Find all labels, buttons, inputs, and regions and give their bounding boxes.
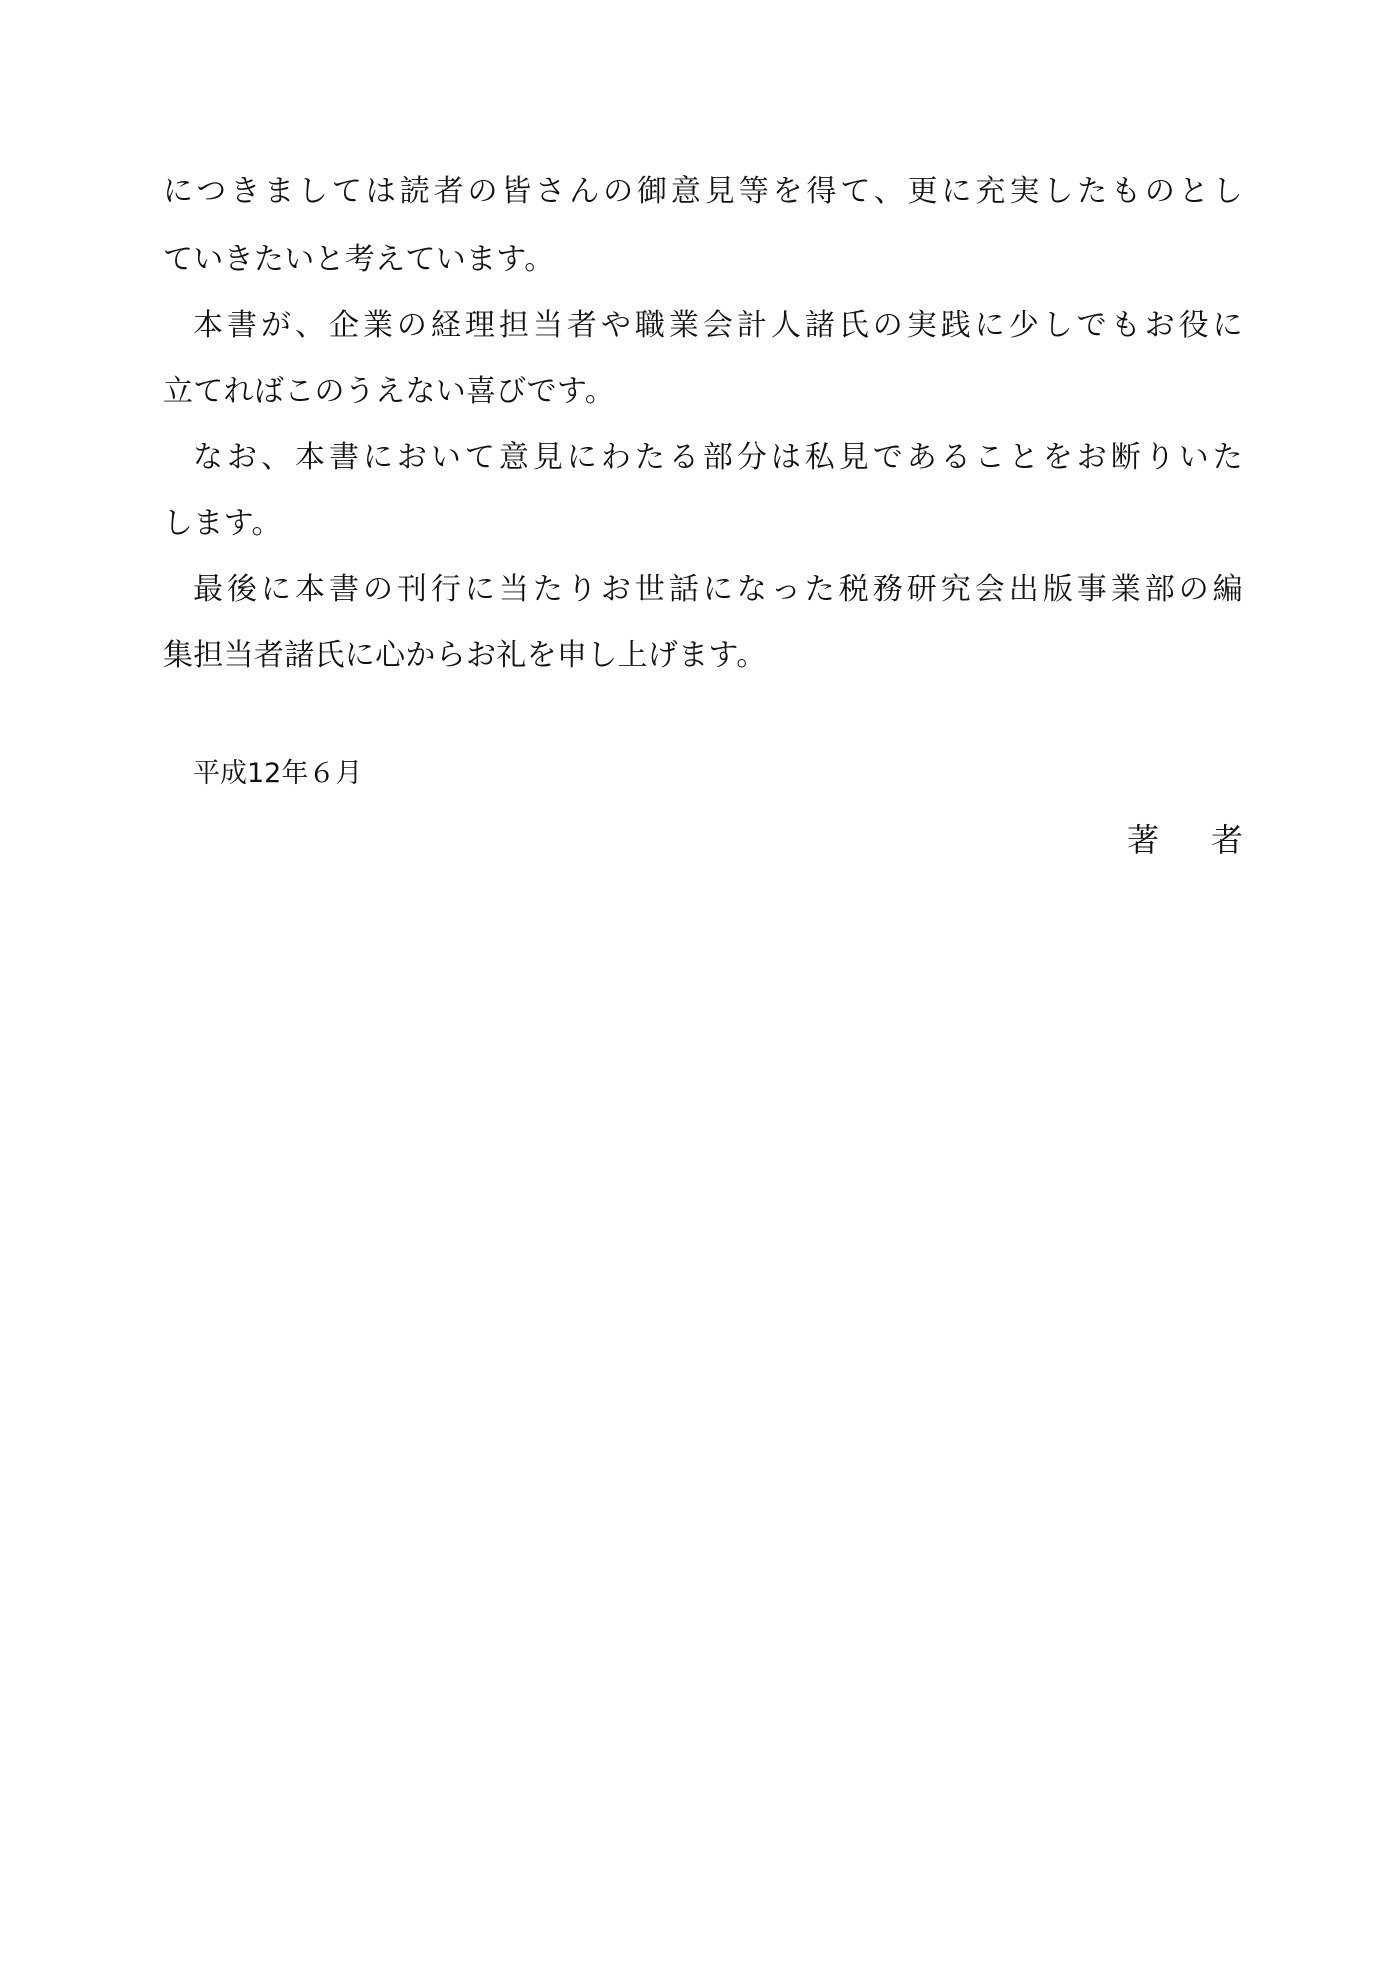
paragraph-4-line-1: 最後に本書の刊行に当たりお世話になった税務研究会出版事業部の編 [163,570,1243,610]
paragraph-3-line-1: なお、本書において意見にわたる部分は私見であることをお断りいた [163,438,1243,478]
author-signature: 著者 [1127,818,1295,862]
preface-date: 平成12年６月 [193,756,362,792]
paragraph-2-line-2: 立てればこのうえない喜びです。 [163,372,615,412]
paragraph-4-line-2: 集担当者諸氏に心からお礼を申し上げます。 [163,636,767,676]
paragraph-1-line-2: ていきたいと考えています。 [163,240,555,280]
paragraph-2-line-1: 本書が、企業の経理担当者や職業会計人諸氏の実践に少しでもお役に [163,306,1243,346]
paragraph-1-line-1: につきましては読者の皆さんの御意見等を得て、更に充実したものとし [163,172,1243,212]
paragraph-3-line-2: します。 [163,504,282,544]
